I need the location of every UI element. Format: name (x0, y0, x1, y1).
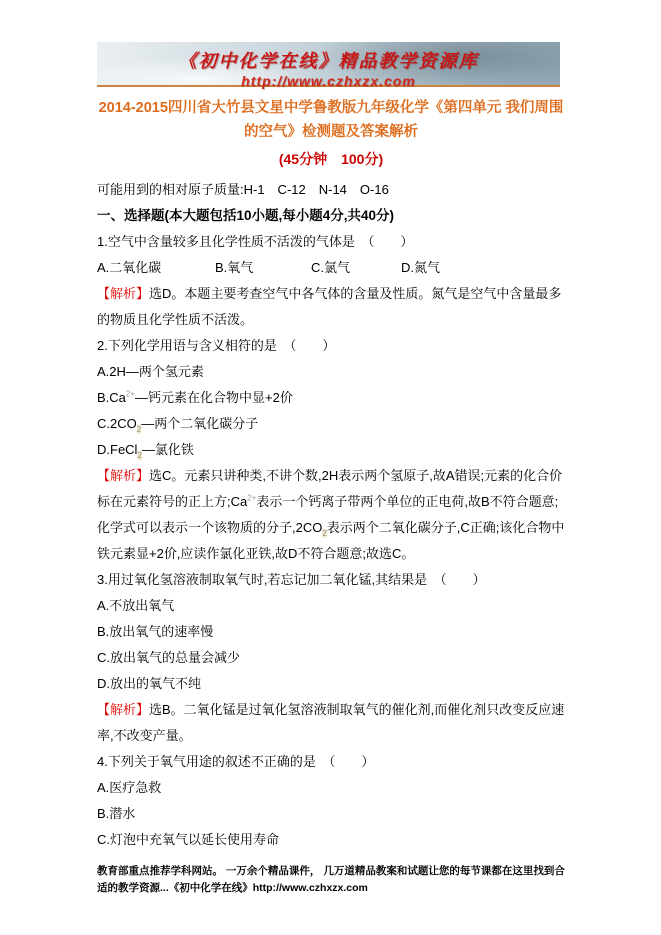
q1-option-d: D.氮气 (401, 255, 440, 281)
q2-option-b-text: B.Ca (97, 390, 126, 405)
q1-option-c: C.氯气 (311, 255, 401, 281)
q4-option-c: C.灯泡中充氧气以延长使用寿命 (97, 827, 565, 853)
banner-site-title: 《初中化学在线》精品教学资源库 (97, 42, 560, 73)
q2-option-b-text-post: —钙元素在化合物中显+2价 (135, 390, 293, 405)
q3-option-b: B.放出氧气的速率慢 (97, 619, 565, 645)
analysis-label: 【解析】 (97, 468, 149, 483)
q2-option-b: B.Ca2+—钙元素在化合物中显+2价 (97, 385, 565, 411)
section-1-heading: 一、选择题(本大题包括10小题,每小题4分,共40分) (97, 203, 565, 229)
q1-option-b: B.氧气 (215, 255, 311, 281)
q2-option-a: A.2H—两个氢元素 (97, 359, 565, 385)
q1-option-a: A.二氧化碳 (97, 255, 215, 281)
question-3-analysis: 【解析】选B。二氧化锰是过氧化氢溶液制取氧气的催化剂,而催化剂只改变反应速率,不… (97, 697, 565, 749)
header-banner-image: 《初中化学在线》精品教学资源库 http://www.czhxzx.com (97, 42, 560, 87)
q3-option-a: A.不放出氧气 (97, 593, 565, 619)
q2-option-d: D.FeCl2—氯化铁 (97, 437, 565, 463)
q2-option-b-superscript: 2+ (126, 390, 135, 399)
question-4-stem: 4.下列关于氧气用途的叙述不正确的是 （ ） (97, 749, 565, 775)
q2-option-d-text-post: —氯化铁 (142, 442, 194, 457)
q2-option-c-text: C.2CO (97, 416, 137, 431)
question-2-analysis: 【解析】选C。元素只讲种类,不讲个数,2H表示两个氢原子,故A错误;元素的化合价… (97, 463, 565, 567)
page-footer: 教育部重点推荐学科网站。 一万余个精品课件， 几万道精品教案和试题让您的每节课都… (97, 863, 565, 897)
q2-option-c: C.2CO2—两个二氧化碳分子 (97, 411, 565, 437)
document-page: 《初中化学在线》精品教学资源库 http://www.czhxzx.com 20… (0, 0, 661, 897)
question-3-stem: 3.用过氧化氢溶液制取氧气时,若忘记加二氧化锰,其结果是 （ ） (97, 567, 565, 593)
analysis-label: 【解析】 (97, 702, 149, 717)
document-body: 可能用到的相对原子质量:H-1 C-12 N-14 O-16 一、选择题(本大题… (97, 177, 565, 853)
question-2-stem: 2.下列化学用语与含义相符的是 （ ） (97, 333, 565, 359)
question-1-options: A.二氧化碳 B.氧气 C.氯气 D.氮气 (97, 255, 565, 281)
question-1-stem: 1.空气中含量较多且化学性质不活泼的气体是 （ ） (97, 229, 565, 255)
q4-option-a: A.医疗急救 (97, 775, 565, 801)
analysis-text: 选D。本题主要考查空气中各气体的含量及性质。氮气是空气中含量最多的物质且化学性质… (97, 286, 561, 327)
q2-option-c-text-post: —两个二氧化碳分子 (141, 416, 258, 431)
analysis-text: 选B。二氧化锰是过氧化氢溶液制取氧气的催化剂,而催化剂只改变反应速率,不改变产量… (97, 702, 564, 743)
q2-option-d-text: D.FeCl (97, 442, 137, 457)
document-title: 2014-2015四川省大竹县文星中学鲁教版九年级化学《第四单元 我们周围的空气… (97, 96, 565, 144)
analysis-label: 【解析】 (97, 286, 149, 301)
q3-option-c: C.放出氧气的总量会减少 (97, 645, 565, 671)
q4-option-b: B.潜水 (97, 801, 565, 827)
atomic-masses-note: 可能用到的相对原子质量:H-1 C-12 N-14 O-16 (97, 177, 565, 203)
question-1-analysis: 【解析】选D。本题主要考查空气中各气体的含量及性质。氮气是空气中含量最多的物质且… (97, 281, 565, 333)
q3-option-d: D.放出的氧气不纯 (97, 671, 565, 697)
footer-url[interactable]: http://www.czhxzx.com (253, 882, 368, 894)
analysis-superscript: 2+ (247, 494, 256, 503)
exam-duration-score: (45分钟 100分) (97, 148, 565, 170)
banner-site-url[interactable]: http://www.czhxzx.com (97, 73, 560, 89)
